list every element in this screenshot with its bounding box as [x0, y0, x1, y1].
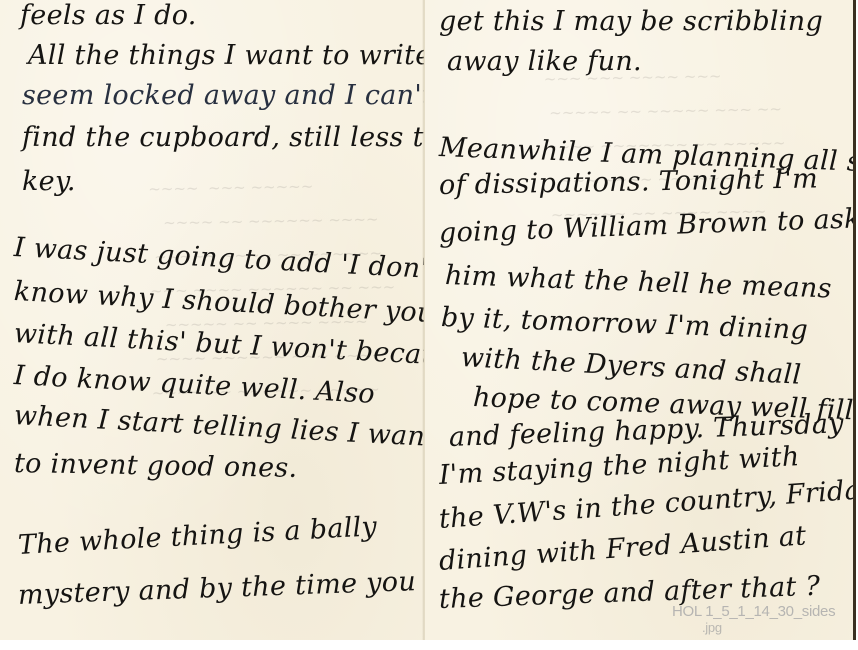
letter-line: of dissipations. Tonight I'm	[439, 163, 819, 201]
letter-line: All the things I want to write	[28, 40, 424, 71]
letter-line: The whole thing is a bally	[17, 511, 378, 561]
letter-line: key.	[22, 166, 76, 197]
letter-line: going to William Brown to ask	[438, 203, 856, 249]
letter-line: seem locked away and I can't	[22, 80, 424, 111]
letter-line: feels as I do.	[20, 0, 197, 31]
letter-line: him what the hell he means	[444, 260, 832, 304]
watermark-subtext: .jpg	[672, 620, 835, 636]
letter-page-right: ~~~ ~~~ ~~~~ ~~~ ~~~~~ ~~ ~~~~~ ~~~ ~~ ~…	[424, 0, 856, 640]
file-watermark: HOL 1_5_1_14_30_sides .jpg	[672, 604, 835, 636]
letter-line: find the cupboard, still less the	[22, 122, 424, 153]
letter-line: get this I may be scribbling	[439, 6, 823, 37]
letter-scan: ~~~~ ~~~ ~~~~~ ~~~~ ~~ ~~~~~~ ~~~~ ~~~~~…	[0, 0, 856, 642]
letter-page-left: ~~~~ ~~~ ~~~~~ ~~~~ ~~ ~~~~~~ ~~~~ ~~~~~…	[0, 0, 424, 640]
letter-line: by it, tomorrow I'm dining	[440, 302, 808, 346]
watermark-text: HOL 1_5_1_14_30_sides	[672, 603, 835, 620]
letter-line: mystery and by the time you	[17, 566, 416, 611]
letter-line: away like fun.	[447, 46, 642, 77]
letter-line: to invent good ones.	[14, 448, 298, 484]
